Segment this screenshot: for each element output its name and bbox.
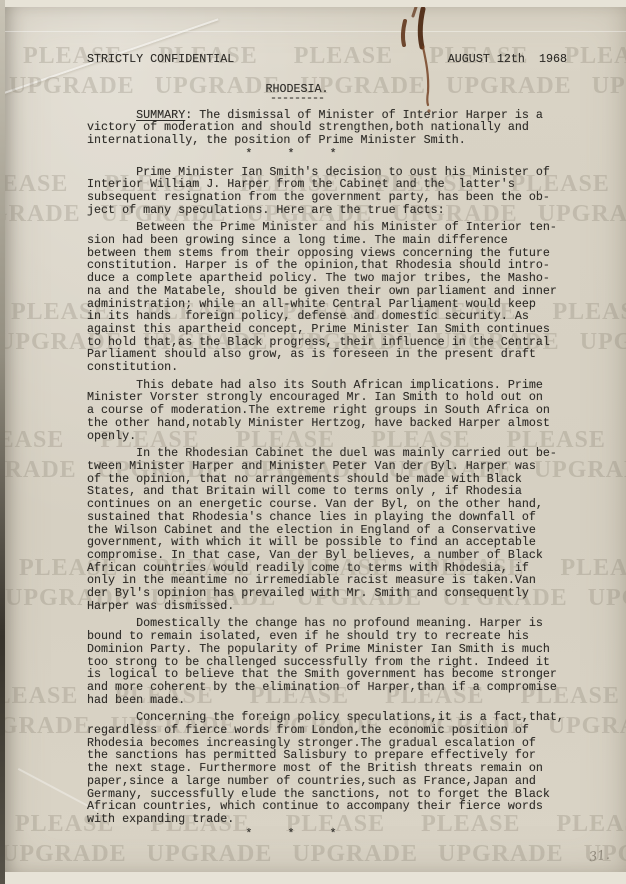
asterisk-separator: * * *: [51, 148, 531, 161]
watermark-word: PLEASE: [565, 43, 626, 69]
watermark-word: UPGRADE: [5, 713, 91, 739]
watermark-word: UPGRADE: [292, 841, 418, 867]
date-label: AUGUST 12th 1968: [448, 53, 567, 66]
title-underline: ---------: [57, 95, 537, 101]
paragraph: In the Rhodesian Cabinet the duel was ma…: [87, 447, 567, 612]
title-block: RHODESIA. ---------: [57, 83, 537, 101]
paragraph: Concerning the foreign policy speculatio…: [87, 711, 567, 825]
watermark-word: PLEASE: [5, 171, 68, 197]
document-body: SUMMARY: The dismissal of Minister of In…: [87, 109, 567, 841]
summary-paragraph: SUMMARY: The dismissal of Minister of In…: [87, 109, 567, 147]
watermark-word: UPGRADE: [588, 585, 626, 611]
watermark-word: UPGRADE: [438, 841, 564, 867]
watermark-word: UPGRADE: [592, 73, 626, 99]
watermark-word: PLEASE: [5, 683, 78, 709]
watermark-word: UPGRADE: [580, 329, 626, 355]
paragraph: Prime Minister Ian Smith's decision to o…: [87, 166, 567, 217]
paragraph: Domestically the change has no profound …: [87, 617, 567, 706]
watermark-word: UPGRADE: [147, 841, 273, 867]
watermark-word: PLEASE: [561, 555, 626, 581]
watermark-word: UPGRADE: [5, 457, 77, 483]
handwritten-page-number: 31.: [588, 848, 611, 866]
document-header: STRICTLY CONFIDENTIAL AUGUST 12th 1968: [87, 53, 567, 66]
watermark-word: UPGRADE: [5, 841, 127, 867]
paragraph: Between the Prime Minister and his Minis…: [87, 221, 567, 373]
paragraph: This debate had also its South African i…: [87, 379, 567, 443]
watermark-word: UPGRADE: [5, 201, 81, 227]
watermark-word: PLEASE: [5, 427, 64, 453]
document-page: PLEASEPLEASEPLEASEPLEASEPLEASEPLEASEUPGR…: [5, 7, 626, 872]
classification-label: STRICTLY CONFIDENTIAL: [87, 53, 234, 66]
watermark-row: UPGRADEUPGRADEUPGRADEUPGRADEUPGRADEUPGRA…: [5, 841, 626, 868]
typewritten-content: STRICTLY CONFIDENTIAL AUGUST 12th 1968 R…: [87, 53, 567, 840]
closing-asterisk-separator: * * *: [51, 828, 531, 841]
